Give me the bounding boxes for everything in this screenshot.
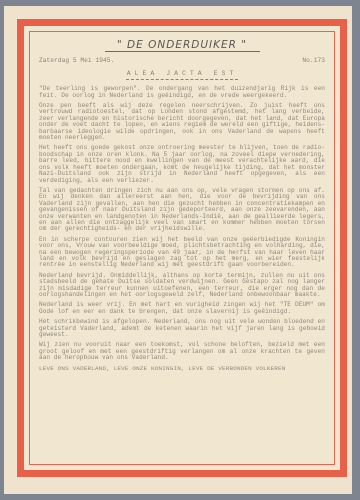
article-paragraph: Nederland is weer vrij. En met hart en v…: [39, 302, 325, 315]
issue-date: Zaterdag 5 Mei 1945.: [39, 58, 114, 64]
headline-underline: [126, 79, 238, 80]
article-paragraph: Het schrikbewind is afgelopen. Nederland…: [39, 319, 325, 338]
article-paragraph: Wij zien nu vooruit naar een toekomst, v…: [39, 342, 325, 361]
article-paragraph: Tal van gedachten dringen zich nu aan on…: [39, 188, 325, 233]
closing-slogan: LEVE ONS VADERLAND, LEVE ONZE KONINGIN, …: [39, 366, 325, 372]
masthead-title: " DE ONDERDUIKER ": [39, 42, 325, 48]
article-paragraph: "De teerling is geworpen". De ondergang …: [39, 86, 325, 99]
issue-number: No.173: [302, 58, 325, 64]
article-paragraph: En in scherpe contouren zien wij het bee…: [39, 237, 325, 269]
newspaper-sheet: " DE ONDERDUIKER " Zaterdag 5 Mei 1945. …: [4, 6, 352, 494]
article-paragraph: Het heeft ons goede gekost onze ontroeri…: [39, 145, 325, 183]
newspaper-content: " DE ONDERDUIKER " Zaterdag 5 Mei 1945. …: [39, 42, 325, 372]
red-outer-border: " DE ONDERDUIKER " Zaterdag 5 Mei 1945. …: [17, 19, 347, 477]
article-headline: ALEA JACTA EST: [39, 71, 325, 77]
article-paragraph: Onze pen beeft als wij deze regelen neer…: [39, 103, 325, 141]
masthead-underline: [105, 51, 260, 52]
article-paragraph: Nederland bevrijd. Onmiddellijk, althans…: [39, 273, 325, 299]
red-inner-border: " DE ONDERDUIKER " Zaterdag 5 Mei 1945. …: [29, 31, 335, 465]
dateline: Zaterdag 5 Mei 1945. No.173: [39, 58, 325, 64]
